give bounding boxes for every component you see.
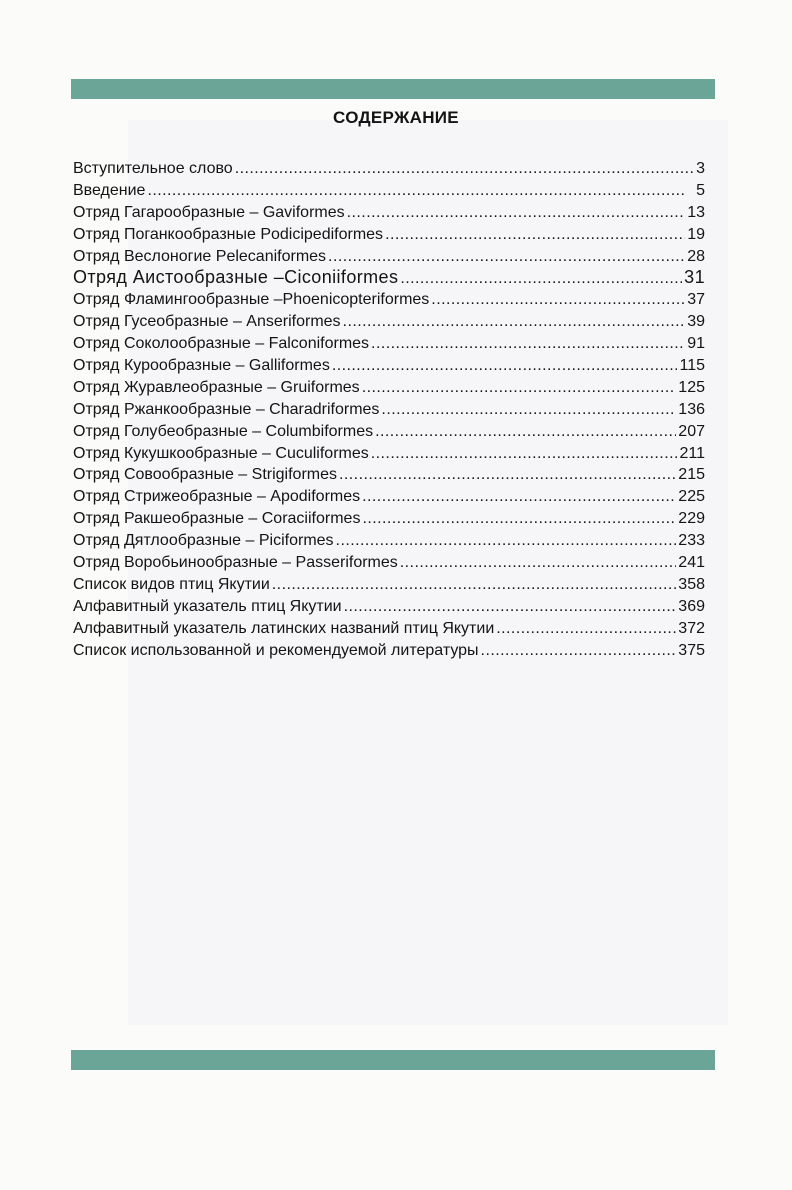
toc-entry-page: 31 <box>684 267 705 289</box>
toc-entry-page: 233 <box>678 530 705 552</box>
toc-entry[interactable]: Отряд Стрижеобразные – Apodiformes225 <box>73 486 705 508</box>
toc-entry-label: Отряд Совообразные – Strigiformes <box>73 464 337 486</box>
toc-entry[interactable]: Отряд Поганкообразные Podicipediformes19 <box>73 224 705 246</box>
bottom-decorative-bar <box>71 1050 715 1070</box>
leader-dots <box>362 486 676 508</box>
toc-entry[interactable]: Алфавитный указатель латинских названий … <box>73 618 705 640</box>
toc-entry-label: Отряд Воробьинообразные – Passeriformes <box>73 552 398 574</box>
toc-entry[interactable]: Отряд Журавлеобразные – Gruiformes125 <box>73 377 705 399</box>
leader-dots <box>235 158 694 180</box>
toc-entry[interactable]: Отряд Гусеобразные – Anseriformes39 <box>73 311 705 333</box>
toc-entry-page: 369 <box>678 596 705 618</box>
toc-entry-page: 3 <box>696 158 705 180</box>
page-title: СОДЕРЖАНИЕ <box>0 108 792 128</box>
toc-entry-page: 215 <box>678 464 705 486</box>
toc-entry-label: Отряд Фламингообразные –Phoenicopterifor… <box>73 289 429 311</box>
toc-entry-label: Список использованной и рекомендуемой ли… <box>73 640 479 662</box>
toc-entry[interactable]: Отряд Ржанкообразные – Charadriformes136 <box>73 399 705 421</box>
toc-entry-label: Отряд Голубеобразные – Columbiformes <box>73 421 373 443</box>
toc-entry-page: 28 <box>687 246 705 268</box>
leader-dots <box>362 508 676 530</box>
toc-entry-page: 19 <box>687 224 705 246</box>
leader-dots <box>336 530 677 552</box>
toc-entry-page: 225 <box>678 486 705 508</box>
toc-entry[interactable]: Алфавитный указатель птиц Якутии369 <box>73 596 705 618</box>
toc-entry[interactable]: Отряд Веслоногие Pelecaniformes28 <box>73 246 705 268</box>
toc-entry-page: 5 <box>696 180 705 202</box>
toc-entry[interactable]: Отряд Дятлообразные – Piciformes233 <box>73 530 705 552</box>
leader-dots <box>496 618 676 640</box>
toc-entry[interactable]: Список видов птиц Якутии358 <box>73 574 705 596</box>
toc-entry[interactable]: Вступительное слово3 <box>73 158 705 180</box>
table-of-contents: Вступительное слово3 Введение5 Отряд Гаг… <box>73 158 705 661</box>
toc-entry-label: Отряд Гусеобразные – Anseriformes <box>73 311 341 333</box>
leader-dots <box>375 421 676 443</box>
leader-dots <box>381 399 676 421</box>
toc-entry-label: Отряд Курообразные – Galliformes <box>73 355 330 377</box>
toc-entry-label: Список видов птиц Якутии <box>73 574 270 596</box>
toc-entry-page: 115 <box>679 355 705 377</box>
toc-entry-page: 372 <box>678 618 705 640</box>
leader-dots <box>371 443 678 465</box>
toc-entry-label: Отряд Гагарообразные – Gaviformes <box>73 202 345 224</box>
toc-entry-label: Введение <box>73 180 145 202</box>
toc-entry-page: 358 <box>678 574 705 596</box>
leader-dots <box>332 355 678 377</box>
leader-dots <box>400 268 682 290</box>
toc-entry-page: 241 <box>678 552 705 574</box>
toc-entry-page: 211 <box>679 443 705 465</box>
leader-dots <box>371 333 685 355</box>
toc-entry-page: 229 <box>678 508 705 530</box>
leader-dots <box>339 464 676 486</box>
leader-dots <box>481 640 677 662</box>
toc-entry-label: Отряд Журавлеобразные – Gruiformes <box>73 377 360 399</box>
leader-dots <box>147 180 694 202</box>
toc-entry-page: 39 <box>687 311 705 333</box>
toc-entry-label: Отряд Ржанкообразные – Charadriformes <box>73 399 379 421</box>
leader-dots <box>385 224 685 246</box>
toc-entry-label: Отряд Ракшеобразные – Coraciiformes <box>73 508 360 530</box>
toc-entry[interactable]: Отряд Совообразные – Strigiformes215 <box>73 464 705 486</box>
toc-entry[interactable]: Введение5 <box>73 180 705 202</box>
toc-entry-page: 37 <box>687 289 705 311</box>
leader-dots <box>347 202 686 224</box>
toc-entry-page: 125 <box>678 377 705 399</box>
toc-entry-label: Отряд Соколообразные – Falconiformes <box>73 333 369 355</box>
leader-dots <box>328 246 685 268</box>
toc-entry[interactable]: Отряд Аистообразные –Ciconiiformes31 <box>73 267 705 289</box>
toc-entry-label: Алфавитный указатель птиц Якутии <box>73 596 342 618</box>
toc-entry-label: Алфавитный указатель латинских названий … <box>73 618 494 640</box>
toc-entry[interactable]: Отряд Гагарообразные – Gaviformes13 <box>73 202 705 224</box>
toc-entry[interactable]: Отряд Воробьинообразные – Passeriformes2… <box>73 552 705 574</box>
leader-dots <box>400 552 677 574</box>
leader-dots <box>343 311 686 333</box>
leader-dots <box>344 596 677 618</box>
toc-entry-page: 13 <box>687 202 705 224</box>
toc-entry-label: Отряд Дятлообразные – Piciformes <box>73 530 334 552</box>
top-decorative-bar <box>71 79 715 99</box>
toc-entry[interactable]: Отряд Соколообразные – Falconiformes91 <box>73 333 705 355</box>
toc-entry-label: Отряд Стрижеобразные – Apodiformes <box>73 486 360 508</box>
toc-entry-page: 91 <box>687 333 705 355</box>
toc-entry-page: 207 <box>678 421 705 443</box>
toc-entry-label: Вступительное слово <box>73 158 233 180</box>
toc-entry[interactable]: Отряд Ракшеобразные – Coraciiformes229 <box>73 508 705 530</box>
toc-entry-page: 375 <box>678 640 705 662</box>
toc-entry[interactable]: Отряд Курообразные – Galliformes115 <box>73 355 705 377</box>
leader-dots <box>431 289 685 311</box>
toc-entry-label: Отряд Кукушкообразные – Cuculiformes <box>73 443 369 465</box>
toc-entry[interactable]: Отряд Фламингообразные –Phoenicopterifor… <box>73 289 705 311</box>
toc-entry[interactable]: Отряд Голубеобразные – Columbiformes207 <box>73 421 705 443</box>
toc-entry[interactable]: Отряд Кукушкообразные – Cuculiformes211 <box>73 443 705 465</box>
toc-entry-page: 136 <box>678 399 705 421</box>
toc-entry-label: Отряд Аистообразные –Ciconiiformes <box>73 267 398 289</box>
toc-entry-label: Отряд Веслоногие Pelecaniformes <box>73 246 326 268</box>
toc-entry-label: Отряд Поганкообразные Podicipediformes <box>73 224 383 246</box>
leader-dots <box>362 377 677 399</box>
leader-dots <box>272 574 677 596</box>
toc-entry[interactable]: Список использованной и рекомендуемой ли… <box>73 640 705 662</box>
